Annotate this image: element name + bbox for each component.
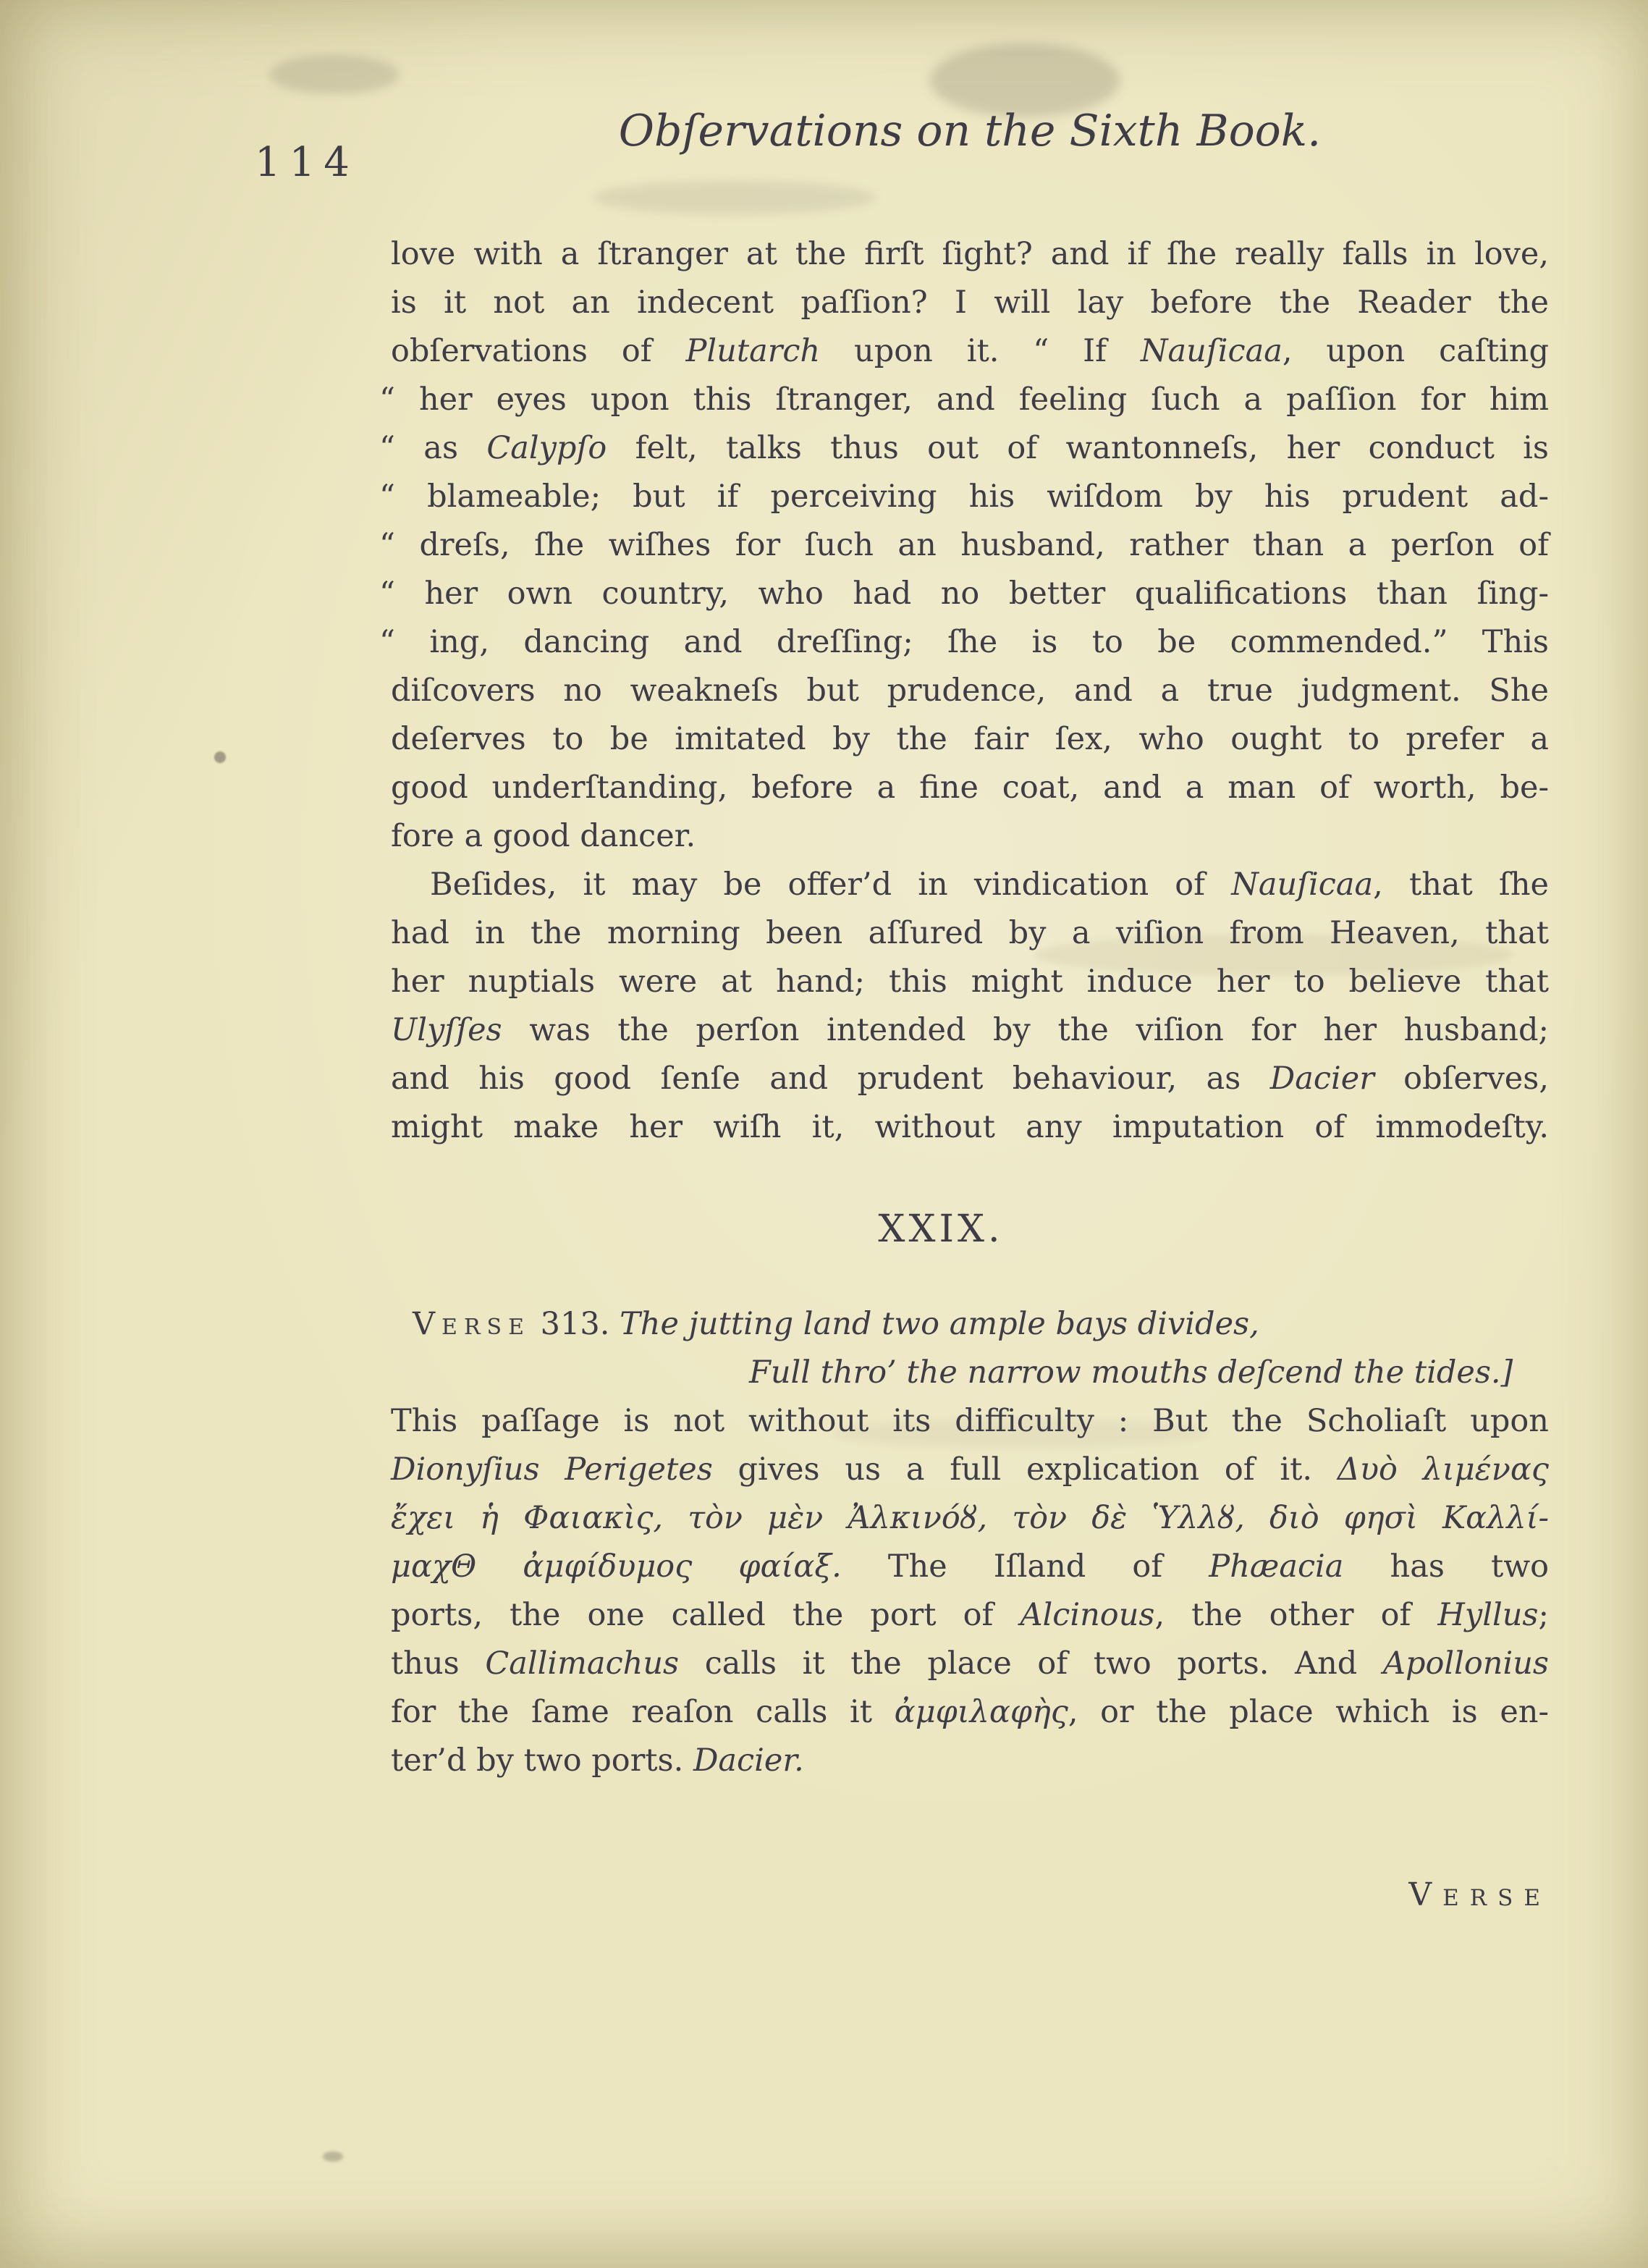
text-line: fore a good dancer. xyxy=(391,812,1549,861)
text-segment: Dionyſius Perigetes xyxy=(391,1451,713,1488)
text-segment: 313. xyxy=(531,1306,620,1342)
ink-smudge xyxy=(593,181,876,214)
ink-speck xyxy=(323,2151,343,2162)
text-segment: μαχΘ ἀμφίδυμος φαίαξ. xyxy=(391,1548,842,1585)
book-page: 114 Obſervations on the Sixth Book. love… xyxy=(0,0,1648,2268)
text-segment: Dacier xyxy=(1270,1061,1374,1097)
text-segment: Callimachus xyxy=(485,1645,679,1682)
text-line: is it not an indecent paſſion? I will la… xyxy=(391,279,1549,327)
text-segment: ἔχει ἡ Φαιακὶς, τὸν μὲν Ἀλκινόȣ, τὸν δὲ … xyxy=(391,1500,1549,1536)
text-line: Dionyſius Perigetes gives us a full expl… xyxy=(391,1446,1549,1494)
text-line: “ as Calypſo felt, talks thus out of wan… xyxy=(379,424,1549,473)
text-segment: Full thro’ the narrow mouths deſcend the… xyxy=(749,1354,1513,1391)
text-line: Beſides, it may be offer’d in vindicatio… xyxy=(391,861,1549,909)
text-line: thus Callimachus calls it the place of t… xyxy=(391,1640,1549,1688)
text-line: good underſtanding, before a fine coat, … xyxy=(391,764,1549,812)
text-segment: ports, the one called the port of xyxy=(391,1597,1020,1633)
text-segment: Nauſicaa xyxy=(1231,867,1373,903)
text-segment: was the perſon intended by the viſion fo… xyxy=(502,1012,1549,1048)
text-line: Ulyſſes was the perſon intended by the v… xyxy=(391,1006,1549,1055)
text-segment: Dacier. xyxy=(693,1742,804,1779)
text-segment: has two xyxy=(1343,1548,1549,1585)
text-line: ports, the one called the port of Alcino… xyxy=(391,1591,1549,1640)
text-line: had in the morning been aſſured by a viſ… xyxy=(391,909,1549,958)
text-line: “ her own country, who had no better qua… xyxy=(379,570,1549,618)
text-line: “ dreſs, ſhe wiſhes for ſuch an husband,… xyxy=(379,521,1549,570)
text-line: “ her eyes upon this ſtranger, and feeli… xyxy=(379,376,1549,424)
text-segment: Phæacia xyxy=(1209,1548,1343,1585)
text-segment: This paſſage is not without its difficul… xyxy=(391,1403,1549,1439)
text-segment: Δυὸ λιμένας xyxy=(1338,1451,1549,1488)
text-segment: “ her eyes upon this ſtranger, and feeli… xyxy=(379,381,1549,418)
text-segment: upon it. “ If xyxy=(820,333,1141,369)
ink-smudge xyxy=(269,55,400,94)
text-segment: love with a ſtranger at the firſt ſight?… xyxy=(391,236,1549,272)
text-segment: , or the place which is en- xyxy=(1068,1694,1549,1730)
text-segment: gives us a full explication of it. xyxy=(713,1451,1338,1488)
text-segment: for the ſame reaſon calls it xyxy=(391,1694,895,1730)
text-line: ter’d by two ports. Dacier. xyxy=(391,1737,1549,1785)
text-segment: Plutarch xyxy=(686,333,821,369)
text-line: obſervations of Plutarch upon it. “ If N… xyxy=(391,327,1549,376)
text-segment: fore a good dancer. xyxy=(391,818,696,854)
text-segment: , that ſhe xyxy=(1373,867,1549,903)
text-segment: The jutting land two ample bays divides, xyxy=(620,1306,1259,1342)
section-heading: XXIX. xyxy=(391,1205,1549,1254)
text-segment: obſervations of xyxy=(391,333,686,369)
text-line: diſcovers no weakneſs but prudence, and … xyxy=(391,667,1549,715)
text-segment: deſerves to be imitated by the fair ſex,… xyxy=(391,721,1549,757)
text-segment: good underſtanding, before a fine coat, … xyxy=(391,770,1549,806)
text-segment: Ulyſſes xyxy=(391,1012,502,1048)
text-line: deſerves to be imitated by the fair ſex,… xyxy=(391,715,1549,764)
text-segment: “ dreſs, ſhe wiſhes for ſuch an husband,… xyxy=(379,527,1549,563)
catchword: Verse xyxy=(1408,1876,1551,1913)
text-segment: ter’d by two ports. xyxy=(391,1742,693,1779)
text-line: for the ſame reaſon calls it ἀμφιλαφὴς, … xyxy=(391,1688,1549,1737)
text-segment: , upon caſting xyxy=(1283,333,1549,369)
verse-block: Verse 313. The jutting land two ample ba… xyxy=(391,1300,1549,1397)
paragraph: This paſſage is not without its difficul… xyxy=(391,1397,1549,1785)
text-segment: Apollonius xyxy=(1383,1645,1549,1682)
text-segment: Calypſo xyxy=(486,430,607,466)
text-line: “ ing, dancing and dreſſing; ſhe is to b… xyxy=(379,618,1549,667)
page-number: 114 xyxy=(255,139,358,186)
text-segment: felt, talks thus out of wantonneſs, her … xyxy=(607,430,1549,466)
paragraph: Beſides, it may be offer’d in vindicatio… xyxy=(391,861,1549,1152)
text-segment: might make her wiſh it, without any impu… xyxy=(391,1109,1549,1145)
paragraph: love with a ſtranger at the firſt ſight?… xyxy=(391,230,1549,861)
text-column: love with a ſtranger at the firſt ſight?… xyxy=(391,230,1549,1785)
text-segment: ; xyxy=(1538,1597,1549,1633)
text-line: might make her wiſh it, without any impu… xyxy=(391,1103,1549,1152)
text-segment: Nauſicaa xyxy=(1141,333,1283,369)
text-segment: diſcovers no weakneſs but prudence, and … xyxy=(391,673,1549,709)
text-segment: Beſides, it may be offer’d in vindicatio… xyxy=(430,867,1231,903)
text-line: her nuptials were at hand; this might in… xyxy=(391,958,1549,1006)
text-segment: obſerves, xyxy=(1374,1061,1549,1097)
text-segment: The Iſland of xyxy=(842,1548,1209,1585)
text-segment: thus xyxy=(391,1645,485,1682)
text-segment: “ her own country, who had no better qua… xyxy=(379,576,1549,612)
text-segment: Verse xyxy=(413,1306,531,1342)
text-line: “ blameable; but if perceiving his wiſdo… xyxy=(379,473,1549,521)
text-line: and his good ſenſe and prudent behaviour… xyxy=(391,1055,1549,1103)
text-segment: ἀμφιλαφὴς xyxy=(895,1694,1068,1730)
text-segment: “ blameable; but if perceiving his wiſdo… xyxy=(379,479,1549,515)
text-segment: Alcinous xyxy=(1020,1597,1154,1633)
text-segment: “ ing, dancing and dreſſing; ſhe is to b… xyxy=(379,624,1549,660)
text-line: Verse 313. The jutting land two ample ba… xyxy=(391,1300,1549,1349)
text-segment: is it not an indecent paſſion? I will la… xyxy=(391,284,1549,321)
text-line: μαχΘ ἀμφίδυμος φαίαξ. The Iſland of Phæa… xyxy=(391,1543,1549,1591)
text-line: ἔχει ἡ Φαιακὶς, τὸν μὲν Ἀλκινόȣ, τὸν δὲ … xyxy=(391,1494,1549,1543)
text-segment: , the other of xyxy=(1154,1597,1437,1633)
running-header: Obſervations on the Sixth Book. xyxy=(391,106,1549,156)
text-segment: her nuptials were at hand; this might in… xyxy=(391,964,1549,1000)
text-segment: “ as xyxy=(379,430,486,466)
text-segment: and his good ſenſe and prudent behaviour… xyxy=(391,1061,1270,1097)
ink-speck xyxy=(214,751,226,763)
text-line: Full thro’ the narrow mouths deſcend the… xyxy=(391,1349,1549,1397)
text-line: This paſſage is not without its difficul… xyxy=(391,1397,1549,1446)
text-line: love with a ſtranger at the firſt ſight?… xyxy=(391,230,1549,279)
text-segment: had in the morning been aſſured by a viſ… xyxy=(391,915,1549,951)
text-segment: calls it the place of two ports. And xyxy=(679,1645,1383,1682)
text-segment: Hyllus xyxy=(1437,1597,1538,1633)
